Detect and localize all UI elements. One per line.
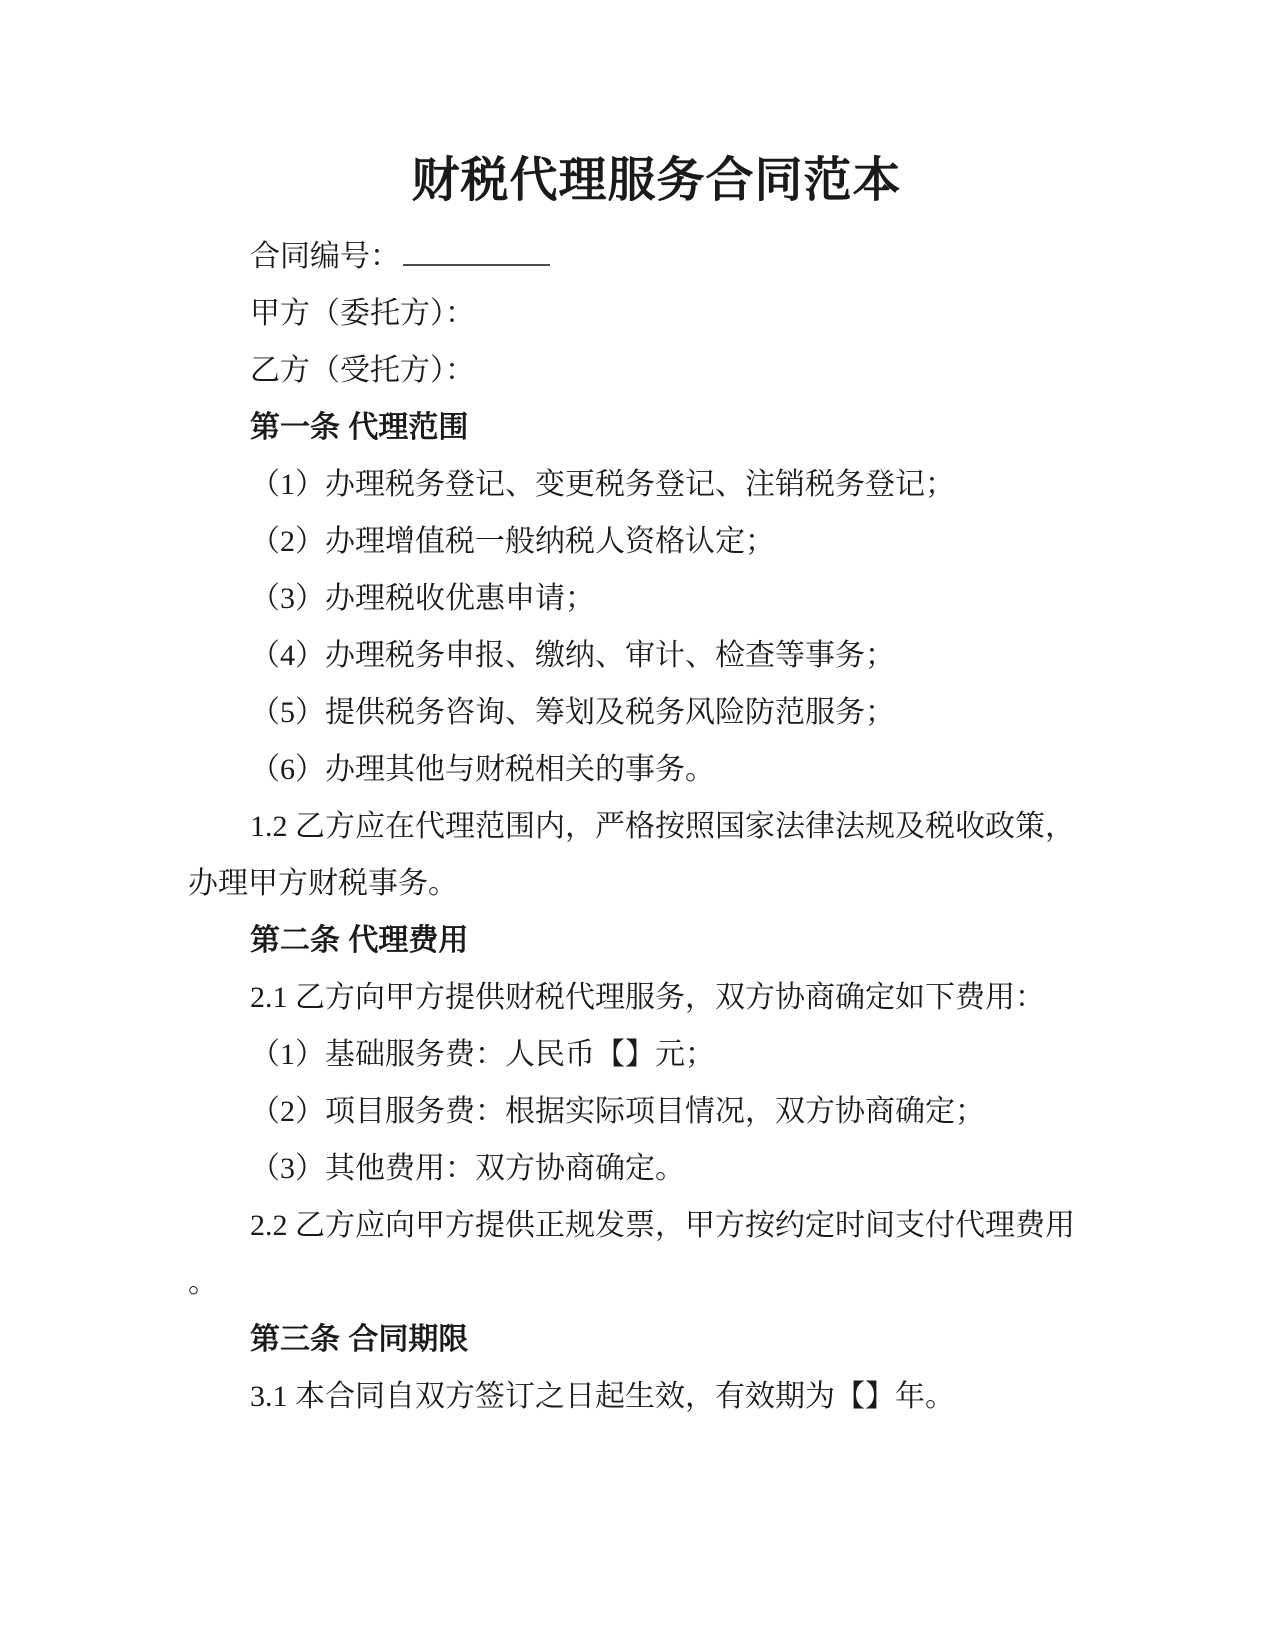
party-b-line: 乙方（受托方）：	[188, 342, 1125, 399]
fee-item-1: （1）基础服务费：人民币【】元；	[188, 1026, 1125, 1083]
clause-2-2-line-2: 。	[188, 1254, 1125, 1311]
scope-item-4: （4）办理税务申报、缴纳、审计、检查等事务；	[188, 627, 1125, 684]
clause-1-2-line-2: 办理甲方财税事务。	[188, 855, 1125, 912]
fee-item-3: （3）其他费用：双方协商确定。	[188, 1140, 1125, 1197]
document-title: 财税代理服务合同范本	[188, 150, 1125, 212]
contract-number-label: 合同编号：	[250, 240, 400, 273]
scope-item-5: （5）提供税务咨询、筹划及税务风险防范服务；	[188, 684, 1125, 741]
contract-number-line: 合同编号：	[188, 228, 1125, 285]
clause-1-2-line-1: 1.2 乙方应在代理范围内，严格按照国家法律法规及税收政策，	[188, 798, 1125, 855]
clause-2-2-line-1: 2.2 乙方应向甲方提供正规发票，甲方按约定时间支付代理费用	[188, 1197, 1125, 1254]
section-3-heading: 第三条 合同期限	[188, 1311, 1125, 1368]
scope-item-6: （6）办理其他与财税相关的事务。	[188, 741, 1125, 798]
section-1-heading: 第一条 代理范围	[188, 399, 1125, 456]
document-content: 财税代理服务合同范本 合同编号： 甲方（委托方）： 乙方（受托方）： 第一条 代…	[0, 0, 1275, 1425]
scope-item-1: （1）办理税务登记、变更税务登记、注销税务登记；	[188, 456, 1125, 513]
clause-2-1-line: 2.1 乙方向甲方提供财税代理服务，双方协商确定如下费用：	[188, 969, 1125, 1026]
fee-item-2: （2）项目服务费：根据实际项目情况，双方协商确定；	[188, 1083, 1125, 1140]
section-2-heading: 第二条 代理费用	[188, 912, 1125, 969]
scope-item-2: （2）办理增值税一般纳税人资格认定；	[188, 513, 1125, 570]
contract-number-blank-line	[403, 234, 550, 266]
document-page: 财税代理服务合同范本 合同编号： 甲方（委托方）： 乙方（受托方）： 第一条 代…	[0, 0, 1275, 1650]
party-a-line: 甲方（委托方）：	[188, 285, 1125, 342]
clause-3-1-line: 3.1 本合同自双方签订之日起生效，有效期为【】年。	[188, 1368, 1125, 1425]
scope-item-3: （3）办理税收优惠申请；	[188, 570, 1125, 627]
